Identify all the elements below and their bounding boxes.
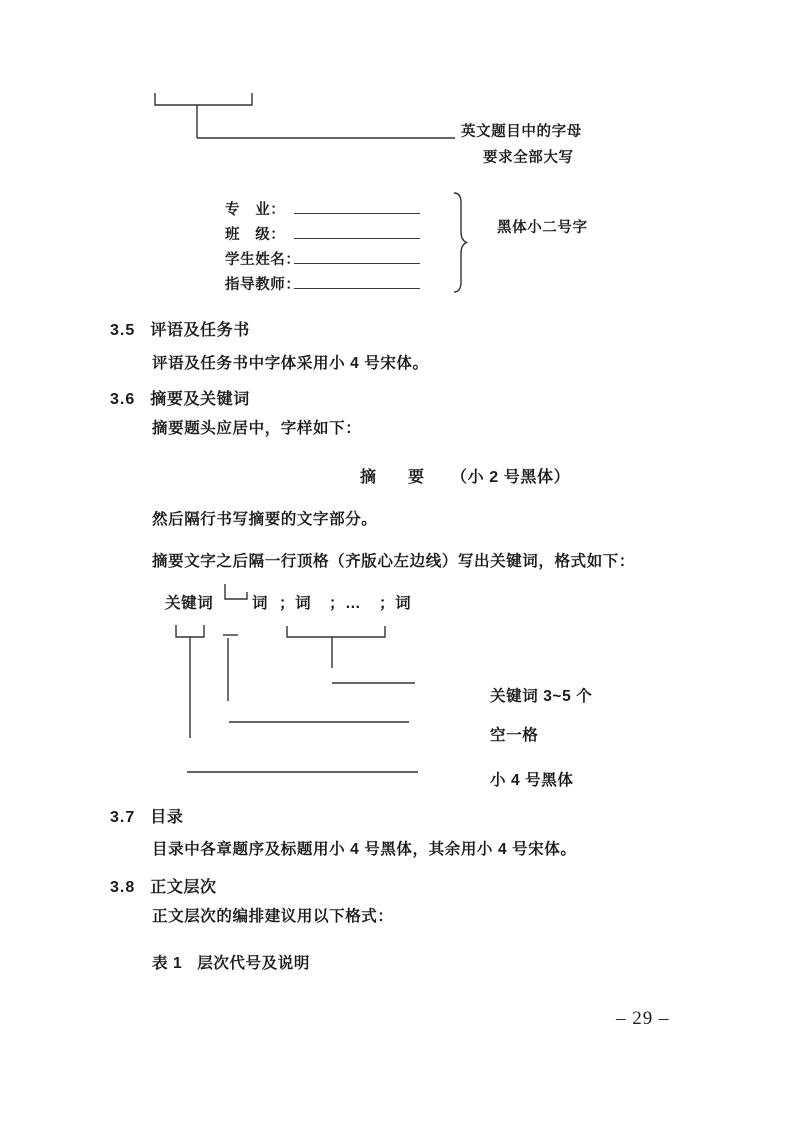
section-3-8-heading: 3.8正文层次: [110, 874, 217, 897]
callout-keyword-count: 关键词 3~5 个: [490, 684, 592, 706]
callout-one-space: 空一格: [490, 723, 538, 745]
field-label-student-name: 学生姓名：: [225, 248, 301, 269]
page-number: – 29 –: [616, 1008, 670, 1030]
section-3-8-body: 正文层次的编排建议用以下格式：: [152, 904, 394, 926]
field-blank-student-name: [294, 263, 420, 264]
section-3-7-body: 目录中各章题序及标题用小 4 号黑体，其余用小 4 号宋体。: [152, 837, 576, 859]
table-caption: 表 1层次代号及说明: [152, 951, 310, 973]
section-3-7-heading: 3.7目录: [110, 804, 183, 827]
space-mark: [222, 582, 252, 602]
table-caption-label: 表 1: [152, 955, 182, 972]
field-label-class: 班 级：: [225, 223, 285, 244]
section-3-6-para1: 摘要题头应居中，字样如下：: [152, 416, 361, 438]
keyword-label: 关键词: [165, 591, 213, 613]
right-curly-brace: [452, 192, 470, 294]
section-3-5-number: 3.5: [110, 322, 135, 339]
keyword-item-4: ；词: [379, 591, 411, 613]
title-underbrace-diagram: [150, 88, 470, 143]
section-3-5-heading: 3.5评语及任务书: [110, 317, 250, 340]
keyword-item-2: ；词: [279, 591, 311, 613]
document-page: 英文题目中的字母 要求全部大写 专 业： 班 级： 学生姓名： 指导教师： 黑体…: [0, 0, 793, 1122]
section-3-7-title: 目录: [150, 809, 183, 826]
abstract-sample-char1: 摘: [360, 464, 377, 487]
section-3-6-para2: 然后隔行书写摘要的文字部分。: [152, 507, 377, 529]
uppercase-note-line2: 要求全部大写: [483, 146, 574, 167]
callout-font-size: 小 4 号黑体: [490, 768, 573, 790]
field-label-major: 专 业：: [225, 198, 285, 219]
keyword-item-3: ；…: [329, 591, 361, 613]
section-3-8-title: 正文层次: [150, 879, 216, 896]
section-3-6-heading: 3.6摘要及关键词: [110, 386, 250, 409]
keyword-annotation-diagram: [170, 618, 430, 778]
section-3-6-title: 摘要及关键词: [150, 391, 250, 408]
section-3-6-para3: 摘要文字之后隔一行顶格（齐版心左边线）写出关键词，格式如下：: [152, 549, 635, 571]
section-3-6-number: 3.6: [110, 391, 135, 408]
section-3-7-number: 3.7: [110, 809, 135, 826]
field-blank-major: [294, 213, 420, 214]
brace-note: 黑体小二号字: [497, 216, 588, 237]
section-3-8-number: 3.8: [110, 879, 135, 896]
keyword-item-1: 词: [252, 591, 268, 613]
section-3-5-body: 评语及任务书中字体采用小 4 号宋体。: [152, 351, 429, 373]
table-caption-title: 层次代号及说明: [197, 955, 310, 972]
field-label-advisor: 指导教师：: [225, 273, 301, 294]
uppercase-note-line1: 英文题目中的字母: [461, 120, 582, 141]
field-blank-class: [294, 238, 420, 239]
abstract-sample-char2: 要: [408, 464, 425, 487]
field-blank-advisor: [294, 288, 420, 289]
section-3-5-title: 评语及任务书: [150, 322, 250, 339]
abstract-sample-note: （小 2 号黑体）: [451, 464, 570, 487]
